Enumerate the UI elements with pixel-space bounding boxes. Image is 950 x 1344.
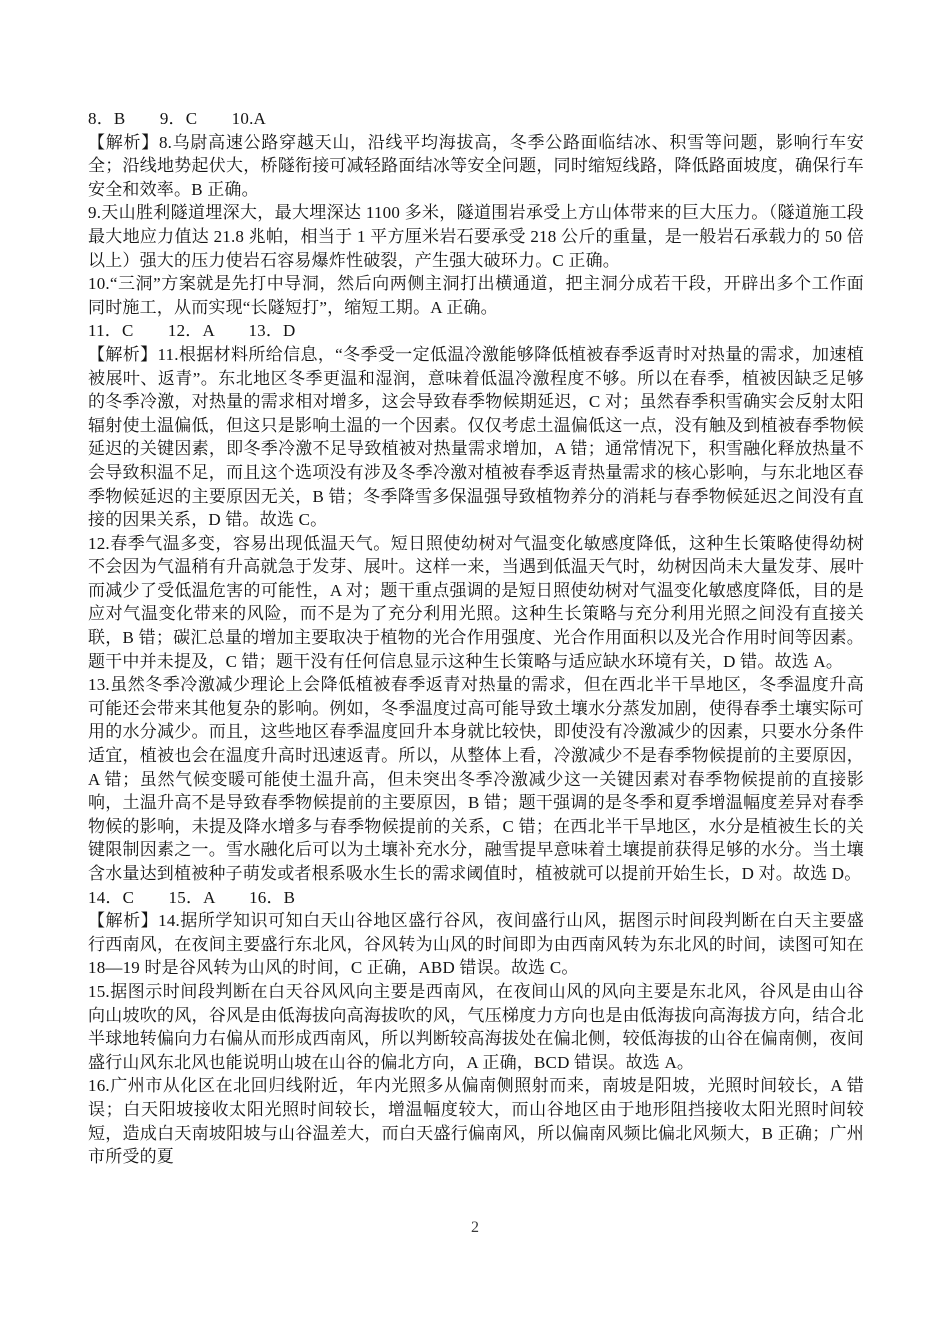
explanation-10: 10.“三洞”方案就是先打中导洞，然后向两侧主洞打出横通道，把主洞分成若干段，开… [88,272,864,319]
answer-line-11-13: 11．C 12．A 13．D [88,319,864,343]
page-content: 8．B 9．C 10.A 【解析】8.乌尉高速公路穿越天山，沿线平均海拔高，冬季… [88,107,864,1169]
page-number: 2 [0,1219,950,1237]
answer-line-14-16: 14．C 15．A 16．B [88,886,864,910]
explanation-9: 9.天山胜利隧道埋深大，最大埋深达 1100 多米，隧道围岩承受上方山体带来的巨… [88,201,864,272]
explanation-12: 12.春季气温多变，容易出现低温天气。短日照使幼树对气温变化敏感度降低，这种生长… [88,532,864,674]
explanation-13: 13.虽然冬季冷激减少理论上会降低植被春季返青对热量的需求，但在西北半干旱地区，… [88,673,864,885]
explanation-14: 【解析】14.据所学知识可知白天山谷地区盛行谷风，夜间盛行山风，据图示时间段判断… [88,909,864,980]
explanation-15: 15.据图示时间段判断在白天谷风风向主要是西南风，在夜间山风的风向主要是东北风，… [88,980,864,1074]
document-page: 8．B 9．C 10.A 【解析】8.乌尉高速公路穿越天山，沿线平均海拔高，冬季… [0,0,950,1344]
explanation-11: 【解析】11.根据材料所给信息，“冬季受一定低温冷激能够降低植被春季返青时对热量… [88,343,864,532]
explanation-16: 16.广州市从化区在北回归线附近，年内光照多从偏南侧照射而来，南坡是阳坡，光照时… [88,1074,864,1168]
explanation-8: 【解析】8.乌尉高速公路穿越天山，沿线平均海拔高，冬季公路面临结冰、积雪等问题，… [88,131,864,202]
answer-line-8-10: 8．B 9．C 10.A [88,107,864,131]
